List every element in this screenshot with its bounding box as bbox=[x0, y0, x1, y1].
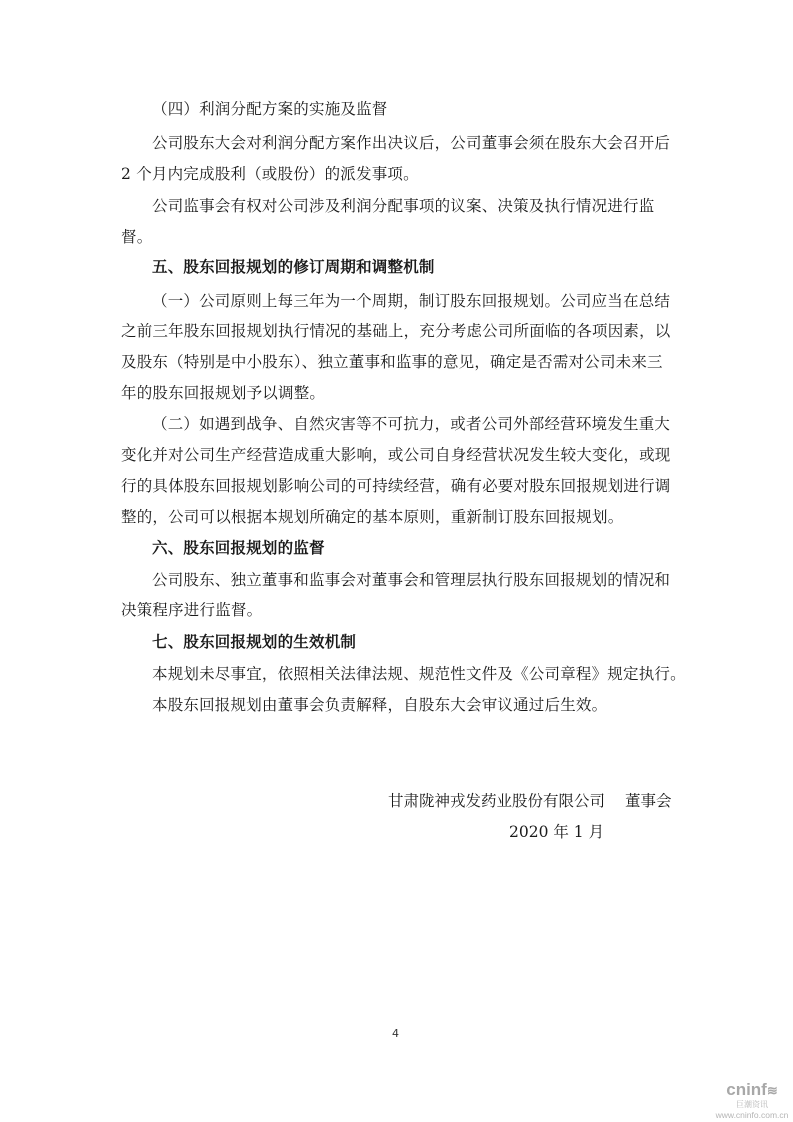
cninfo-logo-icon: ≋ bbox=[767, 1083, 778, 1098]
signature-date: 2020 年 1 月 bbox=[509, 820, 604, 842]
watermark-name: 巨潮资讯 bbox=[712, 1100, 792, 1110]
paragraph-line: 公司监事会有权对公司涉及利润分配事项的议案、决策及执行情况进行监 bbox=[152, 194, 654, 216]
signature-board: 董事会 bbox=[625, 789, 672, 811]
signature-company: 甘肃陇神戎发药业股份有限公司 bbox=[388, 789, 605, 811]
paragraph-line: 公司股东大会对利润分配方案作出决议后，公司董事会须在股东大会召开后 bbox=[152, 131, 670, 153]
watermark-url: www.cninfo.com.cn bbox=[712, 1110, 792, 1120]
paragraph-line: 决策程序进行监督。 bbox=[121, 598, 262, 620]
paragraph-line: 2 个月内完成股利（或股份）的派发事项。 bbox=[121, 162, 419, 184]
paragraph-line: 督。 bbox=[121, 225, 152, 247]
document-page: （四）利润分配方案的实施及监督 公司股东大会对利润分配方案作出决议后，公司董事会… bbox=[0, 0, 793, 1122]
section-heading: 七、股东回报规划的生效机制 bbox=[152, 630, 356, 652]
page-number: 4 bbox=[392, 1027, 399, 1040]
paragraph-line: 之前三年股东回报规划执行情况的基础上，充分考虑公司所面临的各项因素，以 bbox=[121, 319, 671, 341]
cninfo-logo: cninf≋ bbox=[712, 1080, 792, 1100]
subsection-heading: （四）利润分配方案的实施及监督 bbox=[152, 97, 388, 119]
paragraph-line: 行的具体股东回报规划影响公司的可持续经营，确有必要对股东回报规划进行调 bbox=[121, 474, 671, 496]
paragraph-line: 本股东回报规划由董事会负责解释，自股东大会审议通过后生效。 bbox=[152, 693, 607, 715]
paragraph-line: 变化并对公司生产经营造成重大影响，或公司自身经营状况发生较大变化，或现 bbox=[121, 443, 671, 465]
paragraph-line: （一）公司原则上每三年为一个周期，制订股东回报规划。公司应当在总结 bbox=[152, 289, 670, 311]
paragraph-line: 公司股东、独立董事和监事会对董事会和管理层执行股东回报规划的情况和 bbox=[152, 568, 670, 590]
section-heading: 五、股东回报规划的修订周期和调整机制 bbox=[152, 255, 435, 277]
paragraph-line: （二）如遇到战争、自然灾害等不可抗力，或者公司外部经营环境发生重大 bbox=[152, 412, 670, 434]
paragraph-line: 整的，公司可以根据本规划所确定的基本原则，重新制订股东回报规划。 bbox=[121, 505, 623, 527]
paragraph-line: 本规划未尽事宜，依照相关法律法规、规范性文件及《公司章程》规定执行。 bbox=[152, 662, 686, 684]
section-heading: 六、股东回报规划的监督 bbox=[152, 536, 325, 558]
cninfo-watermark: cninf≋ 巨潮资讯 www.cninfo.com.cn bbox=[712, 1080, 792, 1120]
paragraph-line: 及股东（特别是中小股东）、独立董事和监事的意见，确定是否需对公司未来三 bbox=[121, 350, 663, 372]
paragraph-line: 年的股东回报规划予以调整。 bbox=[121, 381, 325, 403]
